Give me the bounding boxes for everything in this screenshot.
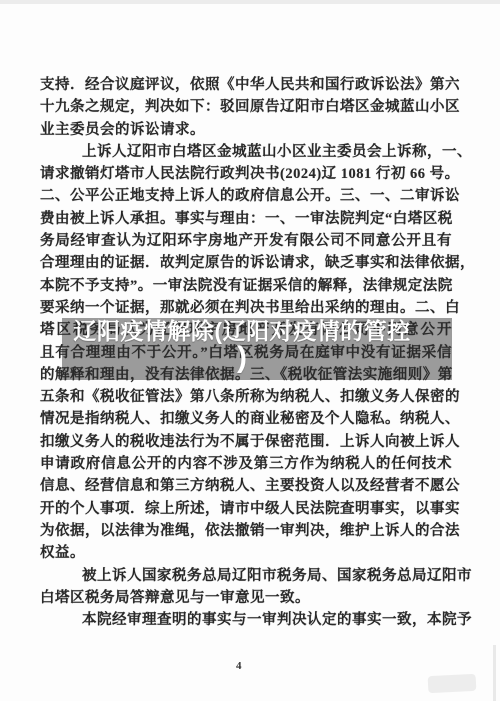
text-line: 本院经审理查明的事实与一审判决认定的事实一致，本院予 bbox=[40, 609, 452, 631]
text-line: 上诉人辽阳市白塔区金城蓝山小区业主委员会上诉称，一、 bbox=[40, 141, 452, 163]
text-line: 合理理由的证据．故判定原告的诉讼请求，缺乏事实和法律依据， bbox=[40, 252, 452, 274]
text-line: 请求撤销灯塔市人民法院行政判决书(2024)辽 1081 行初 66 号。 bbox=[40, 163, 452, 185]
text-line: 五条和《税收征管法》第八条所称为纳税人、扣缴义务人保密的 bbox=[40, 386, 452, 408]
text-line: 二、公平公正地支持上诉人的政府信息公开。三、一、二审诉讼 bbox=[40, 185, 452, 207]
text-line: 信息、经营信息和第三方纳税人、主要投资人以及经营者不愿公 bbox=[40, 475, 452, 497]
text-line: 为依据，以法律为准绳，依法撤销一审判决，维护上诉人的合法 bbox=[40, 520, 452, 542]
page-number: 4 bbox=[236, 660, 242, 672]
text-line: 务局经审查认为辽阳环宇房地产开发有限公司不同意公开且有 bbox=[40, 230, 452, 252]
text-line: 白塔区税务局答辩意见与一审意见一致。 bbox=[40, 587, 452, 609]
watermark-title-closing-paren: ) bbox=[237, 343, 247, 373]
text-line: 权益。 bbox=[40, 542, 452, 564]
text-line: 要采纳一个证据，那就必须在判决书里给出采纳的理由。二、白 bbox=[40, 297, 452, 319]
text-line: 本院不予支持”。一审法院没有证据采信的解释，法律规定法院 bbox=[40, 275, 452, 297]
text-line: 业主委员会的诉讼请求。 bbox=[40, 119, 452, 141]
scan-right-edge-artifact bbox=[493, 645, 496, 701]
text-line: 情况是指纳税人、扣缴义务人的商业秘密及个人隐私。纳税人、 bbox=[40, 408, 452, 430]
text-line: 十九条之规定，判决如下：驳回原告辽阳市白塔区金城蓝山小区 bbox=[40, 96, 452, 118]
text-line: 扣缴义务人的税收违法行为不属于保密范围．上诉人向被上诉人 bbox=[40, 431, 452, 453]
text-line: 申请政府信息公开的内容不涉及第三方作为纳税人的任何技术 bbox=[40, 453, 452, 475]
text-line: 支持．经合议庭评议，依照《中华人民共和国行政诉讼法》第六 bbox=[40, 74, 452, 96]
watermark-overlay-band: 辽阳疫情解除(辽阳对疫情的管控 ) bbox=[62, 318, 452, 380]
scan-top-edge-strip bbox=[0, 0, 500, 4]
scan-bottom-smudge-artifact bbox=[428, 674, 477, 693]
text-line: 费由被上诉人承担。事实与理由：一、一审法院判定“白塔区税 bbox=[40, 208, 452, 230]
text-line: 开的个人事项．综上所述，请市中级人民法院查明事实，以事实 bbox=[40, 498, 452, 520]
text-line: 被上诉人国家税务总局辽阳市税务局、国家税务总局辽阳市 bbox=[40, 565, 452, 587]
